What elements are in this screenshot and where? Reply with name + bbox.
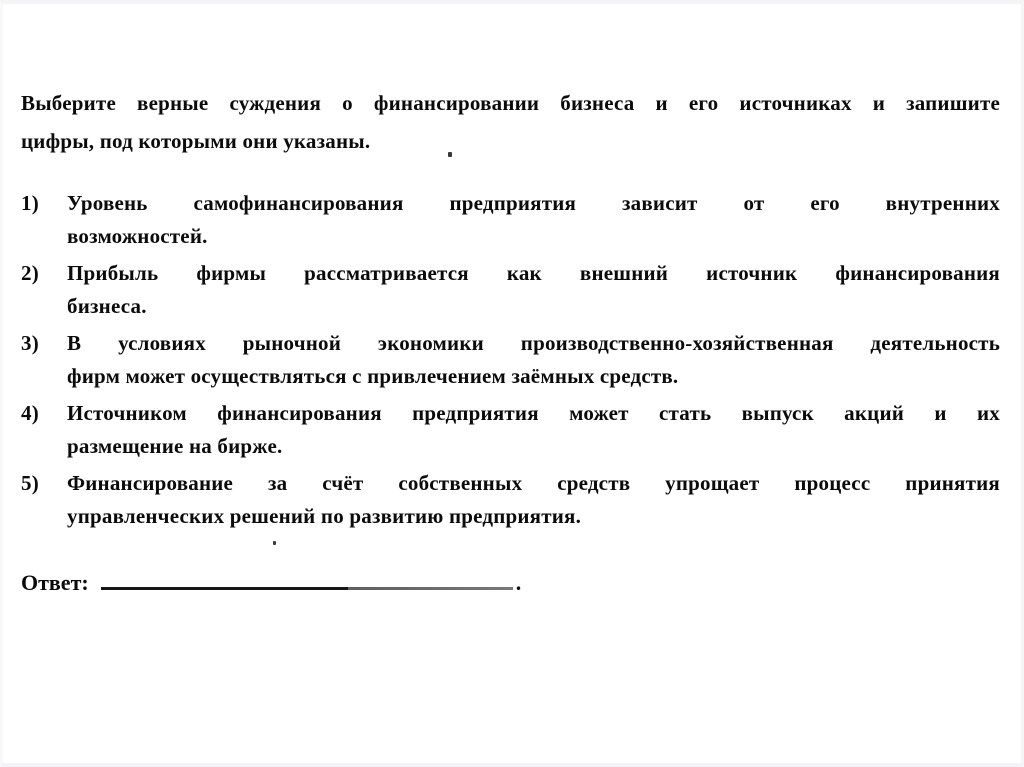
statement-number: 4) <box>21 397 67 463</box>
statement-text-line: Финансирование за счёт собственных средс… <box>67 467 1000 500</box>
answer-blank-line <box>101 587 513 590</box>
question-title-line-2: цифры, под которыми они указаны. <box>21 122 1000 160</box>
statement-item-5: 5) Финансирование за счёт собственных ср… <box>21 467 1000 533</box>
statement-text-line: размещение на бирже. <box>67 430 1000 463</box>
worksheet-page: Выберите верные суждения о финансировани… <box>0 0 1024 767</box>
question-title: Выберите верные суждения о финансировани… <box>21 84 1000 160</box>
scan-speck <box>448 152 452 157</box>
statement-text-line: Источником финансирования предприятия мо… <box>67 397 1000 430</box>
statement-text-line: В условиях рыночной экономики производст… <box>67 327 1000 360</box>
statement-text-line: бизнеса. <box>67 290 1000 323</box>
statement-text: Прибыль фирмы рассматривается как внешни… <box>67 257 1000 323</box>
statement-text: Уровень самофинансирования предприятия з… <box>67 187 1000 253</box>
answer-label: Ответ: <box>21 570 89 595</box>
statement-text: Финансирование за счёт собственных средс… <box>67 467 1000 533</box>
answer-punctuation: . <box>516 570 522 595</box>
statement-item-2: 2) Прибыль фирмы рассматривается как вне… <box>21 257 1000 323</box>
statement-text-line: Прибыль фирмы рассматривается как внешни… <box>67 257 1000 290</box>
answer-row: Ответ:. <box>21 569 1000 597</box>
statement-text-line: фирм может осуществляться с привлечением… <box>67 360 1000 393</box>
statement-item-4: 4) Источником финансирования предприятия… <box>21 397 1000 463</box>
statement-text-line: управленческих решений по развитию предп… <box>67 500 1000 533</box>
statement-text-line: возможностей. <box>67 220 1000 253</box>
statement-item-1: 1) Уровень самофинансирования предприяти… <box>21 187 1000 253</box>
statement-number: 1) <box>21 187 67 253</box>
worksheet-content: Выберите верные суждения о финансировани… <box>3 4 1021 597</box>
scan-speck <box>273 541 276 545</box>
statement-number: 5) <box>21 467 67 533</box>
statements-list: 1) Уровень самофинансирования предприяти… <box>21 187 1000 533</box>
statement-number: 3) <box>21 327 67 393</box>
statement-item-3: 3) В условиях рыночной экономики произво… <box>21 327 1000 393</box>
statement-text: Источником финансирования предприятия мо… <box>67 397 1000 463</box>
question-title-line-1: Выберите верные суждения о финансировани… <box>21 84 1000 122</box>
statement-text-line: Уровень самофинансирования предприятия з… <box>67 187 1000 220</box>
statement-number: 2) <box>21 257 67 323</box>
statement-text: В условиях рыночной экономики производст… <box>67 327 1000 393</box>
